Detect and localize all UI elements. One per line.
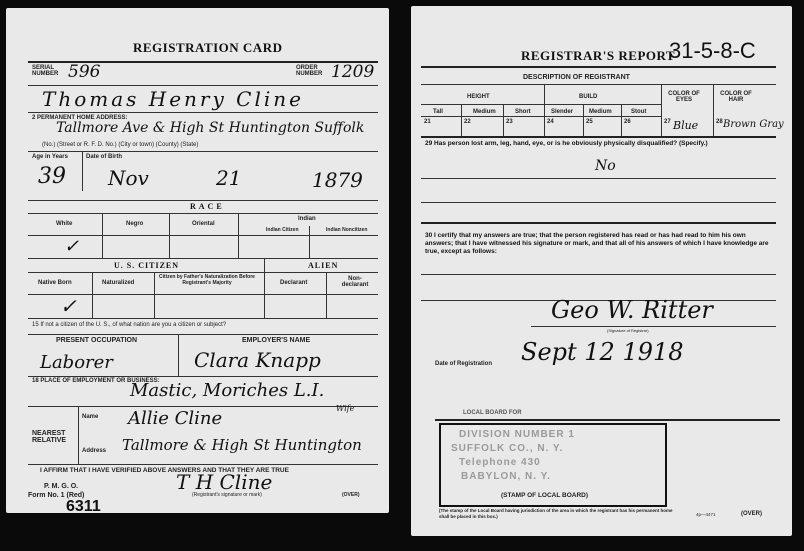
stamp-caption: (STAMP OF LOCAL BOARD) — [501, 492, 588, 499]
alien-col-nondeclarant: Non-declarant — [340, 276, 370, 288]
registration-date: Sept 12 1918 — [521, 338, 684, 366]
relative-relation: Wife — [336, 404, 354, 413]
employer-value: Clara Knapp — [194, 348, 321, 372]
build-col-slender: Slender — [551, 109, 573, 115]
registrant-name: Thomas Henry Cline — [42, 87, 304, 111]
alien-header: ALIEN — [308, 261, 338, 270]
field-21: 21 — [424, 119, 431, 125]
q29-text: 29 Has person lost arm, leg, hand, eye, … — [425, 140, 775, 148]
registrar-signature-label: (Signature of Registrar) — [607, 328, 649, 333]
registrant-signature: T H Cline — [176, 470, 272, 494]
eyes-header: COLOR OF EYES — [667, 91, 701, 103]
field-23: 23 — [506, 119, 513, 125]
build-col-medium: Medium — [589, 109, 612, 115]
right-over-label: (OVER) — [741, 511, 762, 517]
relative-name-label: Name — [82, 414, 98, 420]
field-27: 27 — [664, 119, 671, 125]
permanent-address: Tallmore Ave & High St Huntington Suffol… — [56, 120, 364, 136]
stamp-note: (The stamp of the Local Board having jur… — [439, 508, 679, 520]
race-col-indian-citizen: Indian Citizen — [266, 227, 299, 233]
race-col-negro: Negro — [126, 221, 143, 227]
employer-label: EMPLOYER'S NAME — [242, 337, 310, 344]
registrant-signature-label: (Registrant's signature or mark) — [192, 492, 262, 498]
hair-header: COLOR OF HAIR — [719, 91, 753, 103]
stamp-line-1: DIVISION NUMBER 1 — [459, 429, 575, 440]
citizen-header: U. S. CITIZEN — [114, 261, 179, 270]
race-header: RACE — [190, 202, 225, 211]
eye-color: Blue — [673, 119, 698, 132]
place-value: Mastic, Moriches L.I. — [130, 380, 324, 401]
local-board-label: LOCAL BOARD FOR — [463, 410, 522, 416]
occupation-value: Laborer — [40, 352, 113, 373]
relative-address-label: Address — [82, 448, 106, 454]
registrar-signature: Geo W. Ritter — [551, 296, 713, 324]
height-col-short: Short — [515, 109, 531, 115]
age-value: 39 — [38, 164, 66, 189]
citizen-col-father: Citizen by Father's Naturalization Befor… — [158, 274, 256, 286]
stamp-line-4: BABYLON, N. Y. — [461, 471, 551, 482]
race-indian-label: Indian — [298, 216, 316, 222]
field-28: 28 — [716, 119, 723, 125]
serial-number: 596 — [68, 62, 100, 82]
height-header: HEIGHT — [467, 94, 490, 100]
age-label: Age in Years — [32, 154, 68, 160]
hair-color: Brown Gray — [723, 119, 784, 130]
birth-day: 21 — [216, 166, 241, 190]
citizen-col-naturalized: Naturalized — [102, 280, 134, 286]
local-board-stamp-box: DIVISION NUMBER 1 SUFFOLK CO., N. Y. Tel… — [439, 423, 667, 507]
birth-label: Date of Birth — [86, 154, 122, 160]
citizen-question: 15 If not a citizen of the U. S., of wha… — [32, 322, 226, 328]
description-header: DESCRIPTION OF REGISTRANT — [523, 74, 630, 81]
field-22: 22 — [464, 119, 471, 125]
race-col-indian-noncitizen: Indian Noncitizen — [326, 227, 367, 233]
race-col-white: White — [56, 221, 72, 227]
address-sublabel: (No.) (Street or R. F. D. No.) (City or … — [42, 142, 198, 148]
alien-col-declarant: Declarant — [280, 280, 307, 286]
field-24: 24 — [547, 119, 554, 125]
order-label: ORDER NUMBER — [296, 65, 326, 77]
race-col-oriental: Oriental — [192, 221, 215, 227]
height-col-medium: Medium — [473, 109, 496, 115]
citizen-col-native: Native Born — [38, 280, 72, 286]
form-number: 6311 — [66, 498, 101, 516]
relative-name: Allie Cline — [128, 408, 222, 429]
occupation-label: PRESENT OCCUPATION — [56, 337, 137, 344]
height-col-tall: Tall — [433, 109, 443, 115]
q29-answer: No — [595, 158, 616, 174]
registration-card: REGISTRATION CARD SERIAL NUMBER 596 ORDE… — [6, 8, 389, 513]
left-over-label: (OVER) — [342, 492, 360, 498]
relative-address: Tallmore & High St Huntington — [122, 436, 362, 454]
citizen-native-checkmark: ✓ — [60, 294, 77, 318]
birth-year: 1879 — [312, 168, 363, 192]
order-number: 1209 — [331, 62, 374, 82]
birth-month: Nov — [108, 166, 149, 190]
field-25: 25 — [586, 119, 593, 125]
serial-label: SERIAL NUMBER — [32, 65, 62, 77]
stamp-line-3: Telephone 430 — [459, 457, 541, 468]
form-label-pmgo: P. M. G. O. — [44, 483, 78, 490]
race-white-checkmark: ✓ — [64, 236, 79, 257]
report-code: 31-5-8-C — [669, 38, 756, 64]
nearest-relative-label: NEAREST RELATIVE — [32, 430, 72, 444]
report-title: REGISTRAR'S REPORT — [521, 48, 675, 64]
stamp-line-2: SUFFOLK CO., N. Y. — [451, 443, 563, 454]
date-label: Date of Registration — [435, 361, 492, 367]
form-code: 4p—4471 — [696, 512, 716, 517]
build-col-stout: Stout — [631, 109, 646, 115]
field-26: 26 — [624, 119, 631, 125]
build-header: BUILD — [579, 94, 597, 100]
registrars-report: REGISTRAR'S REPORT 31-5-8-C DESCRIPTION … — [411, 6, 792, 536]
card-title: REGISTRATION CARD — [133, 40, 282, 56]
q30-text: 30 I certify that my answers are true; t… — [425, 232, 775, 256]
